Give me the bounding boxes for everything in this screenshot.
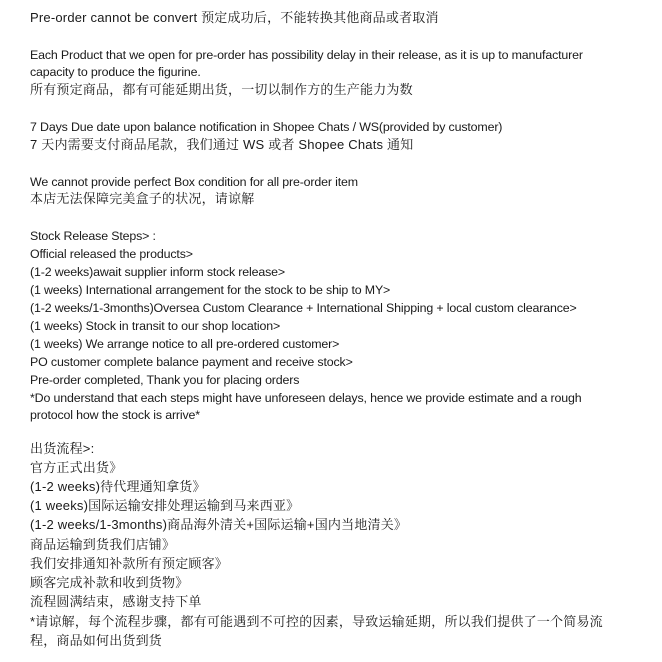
stock-step-1: Official released the products> (30, 246, 193, 262)
shipping-step-cn-8: 流程圆满结束，感谢支持下单 (30, 594, 202, 610)
stock-step-2: (1-2 weeks)await supplier inform stock r… (30, 264, 285, 280)
shipping-step-cn-2: (1-2 weeks)待代理通知拿货》 (30, 479, 206, 495)
stock-step-5: (1 weeks) Stock in transit to our shop l… (30, 318, 280, 334)
stock-step-3: (1 weeks) International arrangement for … (30, 282, 390, 298)
stock-step-4: (1-2 weeks/1-3months)Oversea Custom Clea… (30, 300, 577, 316)
policy-delay-en-1: Each Product that we open for pre-order … (30, 47, 583, 63)
policy-due-date-cn: 7 天内需要支付商品尾款，我们通过 WS 或者 Shopee Chats 通知 (30, 137, 413, 153)
policy-box-condition-cn: 本店无法保障完美盒子的状况，请谅解 (30, 191, 254, 207)
policy-box-condition-en: We cannot provide perfect Box condition … (30, 174, 358, 190)
policy-delay-en-2: capacity to produce the figurine. (30, 64, 201, 80)
shipping-step-cn-4: (1-2 weeks/1-3months)商品海外清关+国际运输+国内当地清关》 (30, 517, 407, 533)
policy-delay-cn: 所有预定商品，都有可能延期出货，一切以制作方的生产能力为数 (30, 82, 413, 98)
shipping-disclaimer-cn-2: 程，商品如何出货到货 (30, 633, 162, 649)
shipping-step-cn-3: (1 weeks)国际运输安排处理运输到马来西亚》 (30, 498, 299, 514)
stock-release-steps-heading: Stock Release Steps> : (30, 228, 156, 244)
stock-steps-disclaimer-1: *Do understand that each steps might hav… (30, 390, 582, 406)
stock-step-6: (1 weeks) We arrange notice to all pre-o… (30, 336, 339, 352)
stock-step-8: Pre-order completed, Thank you for placi… (30, 372, 299, 388)
shipping-step-cn-1: 官方正式出货》 (30, 460, 122, 476)
shipping-step-cn-6: 我们安排通知补款所有预定顾客》 (30, 556, 228, 572)
shipping-step-cn-7: 顾客完成补款和收到货物》 (30, 575, 188, 591)
policy-no-conversion: Pre-order cannot be convert 预定成功后，不能转换其他… (30, 10, 439, 26)
shipping-process-heading-cn: 出货流程>: (30, 441, 94, 457)
stock-steps-disclaimer-2: protocol how the stock is arrive* (30, 407, 200, 423)
shipping-step-cn-5: 商品运输到货我们店铺》 (30, 537, 175, 553)
policy-due-date-en: 7 Days Due date upon balance notificatio… (30, 119, 502, 135)
shipping-disclaimer-cn-1: *请谅解，每个流程步骤，都有可能遇到不可控的因素，导致运输延期，所以我们提供了一… (30, 614, 603, 630)
stock-step-7: PO customer complete balance payment and… (30, 354, 353, 370)
